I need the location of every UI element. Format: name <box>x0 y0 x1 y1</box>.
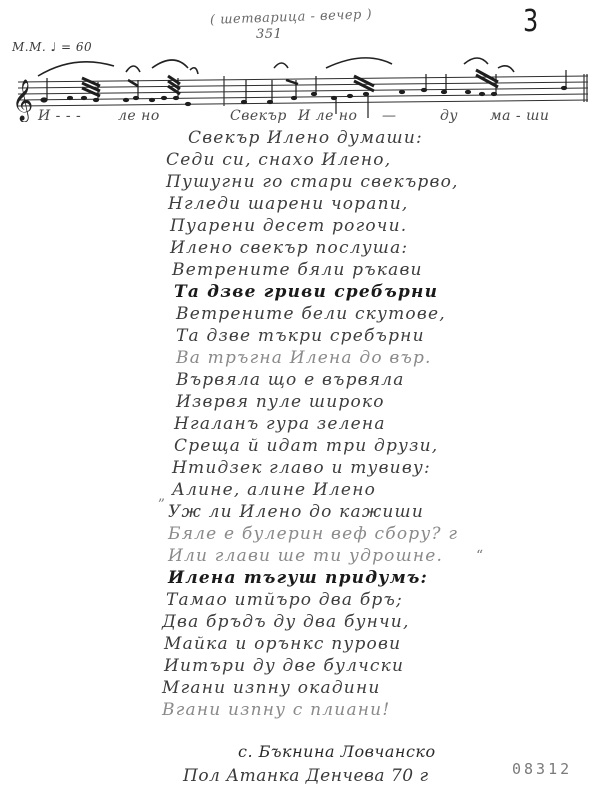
underlay-syllable: И - - - <box>38 108 81 124</box>
lyric-line: Вървяла що е вървяла <box>176 370 405 390</box>
song-number: 351 <box>256 27 282 42</box>
underlay-syllable: ле но <box>118 108 160 124</box>
treble-clef-icon: 𝄞 <box>12 79 33 122</box>
song-caption: ( шетварица - вечер ) <box>210 7 373 28</box>
staff-lines <box>18 76 588 106</box>
lyric-line: Вгани изпну с плиани! <box>162 700 390 720</box>
slurs <box>38 58 514 76</box>
archive-number: 08312 <box>512 760 572 778</box>
underlay-syllable: ма - ши <box>490 108 549 124</box>
lyric-line: Илена тъгуш придумъ: <box>168 568 428 588</box>
lyric-line: Уж ли Илено до кажиши <box>168 502 424 522</box>
svg-text:𝄞: 𝄞 <box>12 79 33 122</box>
lyric-line: Илено свекър послуша: <box>170 238 408 258</box>
lyric-line: Иитъри ду две булчски <box>164 656 404 676</box>
lyric-line: Среща й идат три друзи, <box>174 436 438 456</box>
lyric-line: Та дзве гриви сребърни <box>174 282 438 302</box>
underlay-syllable: ду <box>440 108 458 124</box>
underlay-syllable: И ле но <box>298 108 357 124</box>
lyric-line: Два бръдъ ду два бунчи, <box>162 612 410 632</box>
lyric-line: Изврвя пуле широко <box>176 392 385 412</box>
lyric-line: Или глави ше ти удрошне. <box>168 546 443 566</box>
lyric-line: Нгледи шарени чорапи, <box>168 194 409 214</box>
manuscript-page: ( шетварица - вечер ) 351 3 M.M. ♩ = 60 … <box>0 0 595 811</box>
village-attribution: с. Бъкнина Ловчанско <box>238 742 436 761</box>
lyric-line: Майка и орънкс пурови <box>164 634 401 654</box>
lyric-line: Мгани изпну окадини <box>162 678 381 698</box>
close-quote: “ <box>476 548 483 564</box>
lyric-line: Свекър Илено думаши: <box>188 128 423 148</box>
page-number: 3 <box>523 4 539 39</box>
lyric-line: Седи си, снахо Илено, <box>166 150 391 170</box>
lyric-line: Тамао итйъро два бръ; <box>166 590 403 610</box>
lyric-line: Ветрените бели скутове, <box>176 304 446 324</box>
lyric-line: Ва тръгна Илена до вър. <box>176 348 432 368</box>
underlay-syllable: Свекър <box>230 108 287 124</box>
lyric-line: Нтидзек главо и тувиву: <box>172 458 431 478</box>
open-quote: „ <box>158 488 165 504</box>
lyric-line: Пушугни го стари свекърво, <box>166 172 459 192</box>
lyric-line: Та дзве тъкри сребърни <box>176 326 425 346</box>
lyric-line: Бяле е булерин веф сбору? г <box>168 524 458 544</box>
underlay-syllable: — <box>382 108 397 124</box>
singer-attribution: Пол Атанка Денчева 70 г <box>183 766 429 786</box>
lyric-line: Алине, алине Илено <box>172 480 376 500</box>
lyric-line: Нгаланъ гура зелена <box>174 414 386 434</box>
lyric-line: Пуарени десет рогочи. <box>170 216 407 236</box>
lyric-line: Ветрените бяли ръкави <box>172 260 423 280</box>
